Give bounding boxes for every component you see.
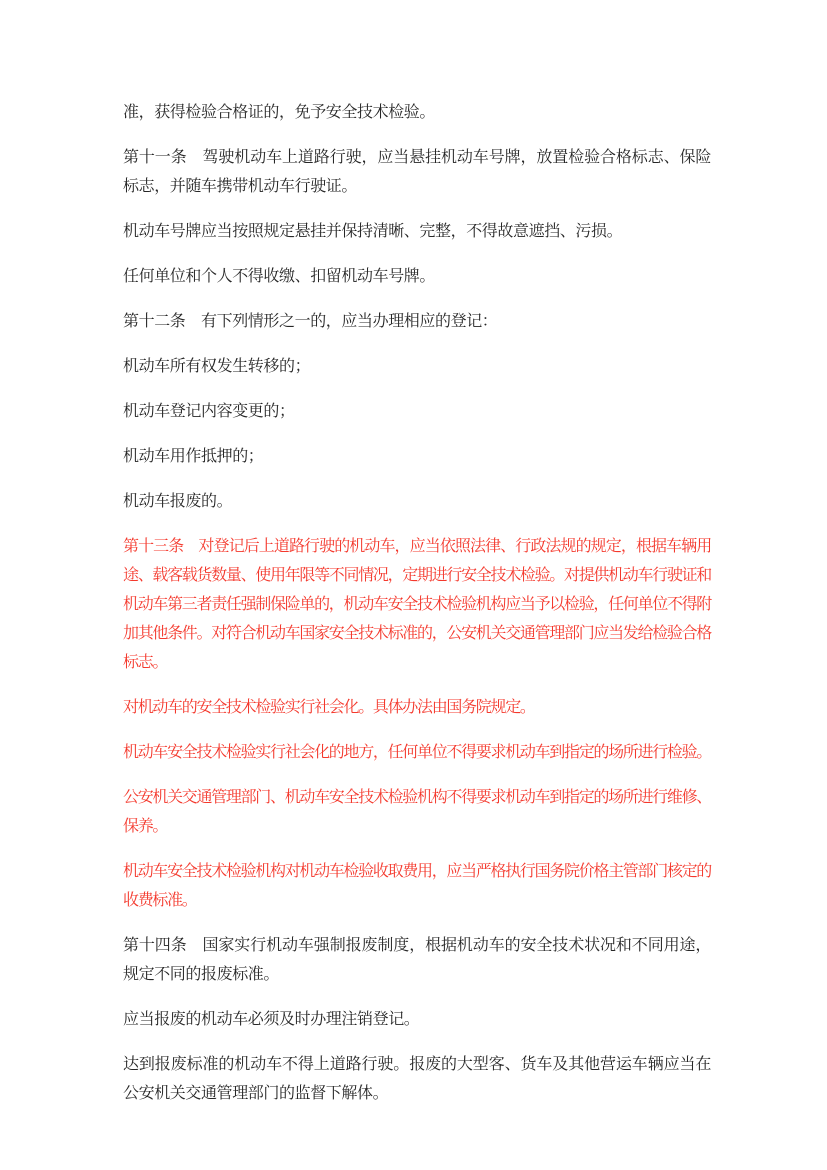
paragraph: 准，获得检验合格证的，免予安全技术检验。 [123, 97, 711, 126]
paragraph: 任何单位和个人不得收缴、扣留机动车号牌。 [123, 261, 711, 290]
paragraph: 机动车安全技术检验机构对机动车检验收取费用，应当严格执行国务院价格主管部门核定的… [123, 856, 711, 914]
paragraph: 机动车用作抵押的； [123, 441, 711, 470]
paragraph: 对机动车的安全技术检验实行社会化。具体办法由国务院规定。 [123, 692, 711, 721]
paragraph: 第十三条 对登记后上道路行驶的机动车，应当依照法律、行政法规的规定，根据车辆用途… [123, 531, 711, 676]
paragraph: 机动车号牌应当按照规定悬挂并保持清晰、完整，不得故意遮挡、污损。 [123, 216, 711, 245]
paragraph: 第十一条 驾驶机动车上道路行驶，应当悬挂机动车号牌，放置检验合格标志、保险标志，… [123, 142, 711, 200]
paragraph: 机动车登记内容变更的； [123, 396, 711, 425]
paragraph: 达到报废标准的机动车不得上道路行驶。报废的大型客、货车及其他营运车辆应当在公安机… [123, 1049, 711, 1107]
paragraph: 机动车报废的。 [123, 486, 711, 515]
paragraph: 应当报废的机动车必须及时办理注销登记。 [123, 1004, 711, 1033]
paragraph: 机动车所有权发生转移的； [123, 351, 711, 380]
paragraph: 机动车安全技术检验实行社会化的地方，任何单位不得要求机动车到指定的场所进行检验。 [123, 737, 711, 766]
paragraph: 第十二条 有下列情形之一的，应当办理相应的登记： [123, 306, 711, 335]
paragraph: 第十四条 国家实行机动车强制报废制度，根据机动车的安全技术状况和不同用途，规定不… [123, 930, 711, 988]
document-page: 准，获得检验合格证的，免予安全技术检验。第十一条 驾驶机动车上道路行驶，应当悬挂… [0, 0, 827, 1170]
document-body: 准，获得检验合格证的，免予安全技术检验。第十一条 驾驶机动车上道路行驶，应当悬挂… [123, 97, 711, 1123]
paragraph: 公安机关交通管理部门、机动车安全技术检验机构不得要求机动车到指定的场所进行维修、… [123, 782, 711, 840]
